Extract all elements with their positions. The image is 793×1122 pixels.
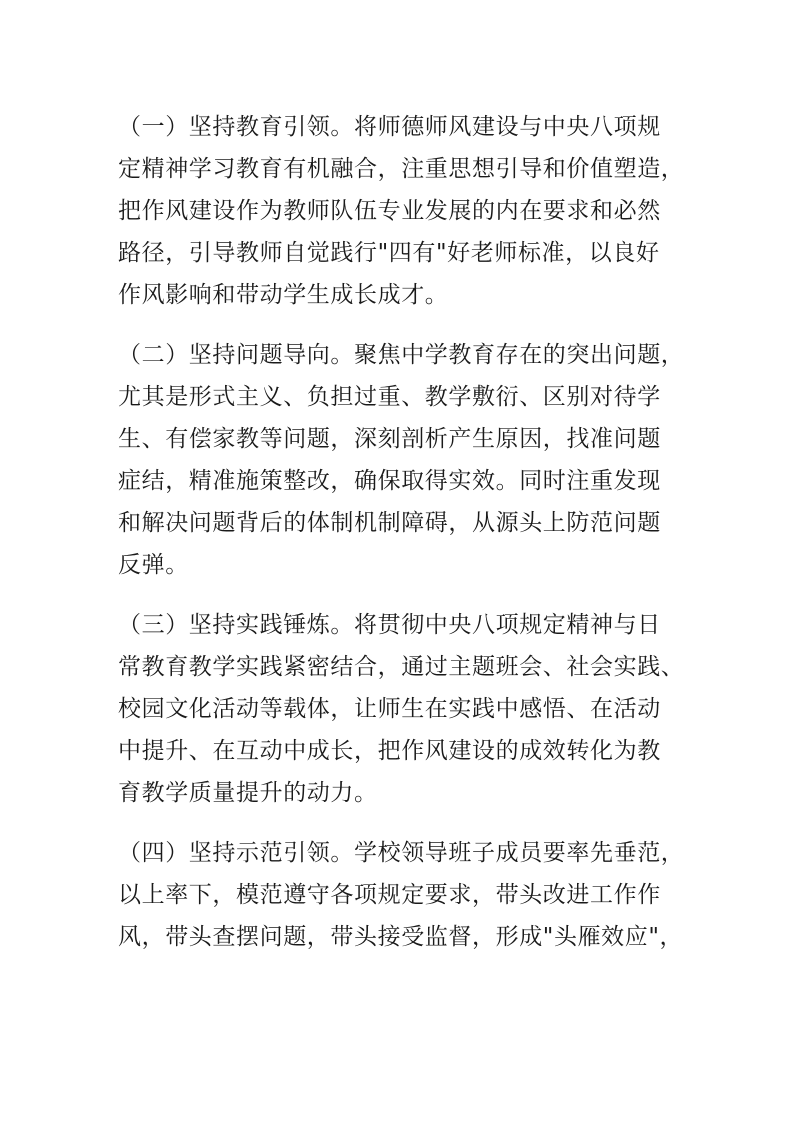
- document-page: （一）坚持教育引领。将师德师风建设与中央八项规 定精神学习教育有机融合，注重思想…: [118, 106, 698, 976]
- text-line: 症结，精准施策整改，确保取得实效。同时注重发现: [118, 460, 698, 502]
- paragraph-3: （三）坚持实践锤炼。将贯彻中央八项规定精神与日 常教育教学实践紧密结合，通过主题…: [118, 604, 698, 814]
- text-line: 育教学质量提升的动力。: [118, 772, 698, 814]
- text-line: 把作风建设作为教师队伍专业发展的内在要求和必然: [118, 190, 698, 232]
- text-line: 和解决问题背后的体制机制障碍，从源头上防范问题: [118, 502, 698, 544]
- text-line: 生、有偿家教等问题，深刻剖析产生原因，找准问题: [118, 418, 698, 460]
- text-line: 尤其是形式主义、负担过重、教学敷衍、区别对待学: [118, 376, 698, 418]
- text-line: 作风影响和带动学生成长成才。: [118, 274, 698, 316]
- text-line: （四）坚持示范引领。学校领导班子成员要率先垂范，: [118, 832, 698, 874]
- text-line: 路径，引导教师自觉践行"四有"好老师标准，以良好: [118, 232, 698, 274]
- paragraph-4: （四）坚持示范引领。学校领导班子成员要率先垂范， 以上率下，模范遵守各项规定要求…: [118, 832, 698, 958]
- text-line: （三）坚持实践锤炼。将贯彻中央八项规定精神与日: [118, 604, 698, 646]
- paragraph-1: （一）坚持教育引领。将师德师风建设与中央八项规 定精神学习教育有机融合，注重思想…: [118, 106, 698, 316]
- text-line: 以上率下，模范遵守各项规定要求，带头改进工作作: [118, 874, 698, 916]
- text-line: （一）坚持教育引领。将师德师风建设与中央八项规: [118, 106, 698, 148]
- text-line: 反弹。: [118, 544, 698, 586]
- text-line: 风，带头查摆问题，带头接受监督，形成"头雁效应"，: [118, 916, 698, 958]
- text-line: 常教育教学实践紧密结合，通过主题班会、社会实践、: [118, 646, 698, 688]
- text-line: 定精神学习教育有机融合，注重思想引导和价值塑造，: [118, 148, 698, 190]
- paragraph-2: （二）坚持问题导向。聚焦中学教育存在的突出问题， 尤其是形式主义、负担过重、教学…: [118, 334, 698, 586]
- text-line: 校园文化活动等载体，让师生在实践中感悟、在活动: [118, 688, 698, 730]
- text-line: （二）坚持问题导向。聚焦中学教育存在的突出问题，: [118, 334, 698, 376]
- text-line: 中提升、在互动中成长，把作风建设的成效转化为教: [118, 730, 698, 772]
